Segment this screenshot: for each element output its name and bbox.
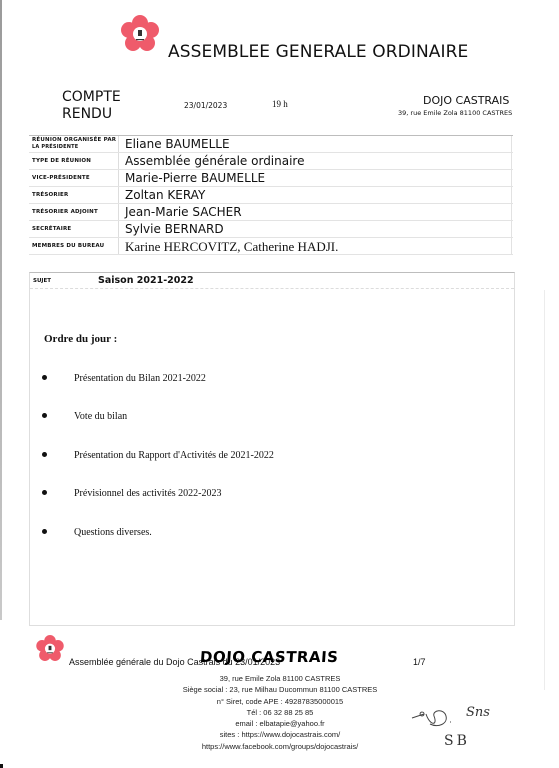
agenda-item: Vote du bilan (42, 411, 127, 422)
info-label: Trésorier (29, 187, 119, 204)
info-row: Trésorier Zoltan KERAY (29, 187, 513, 204)
footer-line: https://www.facebook.com/groups/dojocast… (160, 741, 400, 752)
signature-initials: SB (444, 733, 470, 749)
cherry-blossom-logo-icon (36, 635, 64, 661)
info-row: Type de réunion Assemblée générale ordin… (29, 153, 513, 170)
footer-line: sites : https://www.dojocastrais.com/ (160, 729, 400, 740)
club-stamp: DOJO CASTRAIS (199, 648, 339, 666)
info-label: Secrétaire (29, 221, 119, 238)
agenda-item: Présentation du Rapport d'Activités de 2… (42, 450, 274, 461)
info-row: Secrétaire Sylvie BERNARD (29, 221, 513, 238)
scan-mark (0, 764, 3, 768)
footer-line: n° Siret, code APE : 49287835000015 (160, 696, 400, 707)
signature-scribble-icon (410, 700, 470, 736)
info-value: Karine HERCOVITZ, Catherine HADJI. (119, 238, 512, 255)
info-label: Trésorier Adjoint (29, 204, 119, 221)
subject-row: Sujet Saison 2021-2022 (30, 273, 514, 289)
page-number: 1/7 (413, 657, 426, 667)
info-value: Eliane BAUMELLE (119, 136, 512, 153)
scan-edge (544, 290, 545, 690)
info-label: Type de réunion (29, 153, 119, 170)
info-label: Vice-Présidente (29, 170, 119, 187)
bullet-icon (42, 413, 47, 418)
report-label: COMPTE RENDU (62, 89, 121, 123)
info-label: Membres du bureau (29, 238, 119, 255)
organization-name: DOJO CASTRAIS (423, 94, 509, 107)
document-title: ASSEMBLEE GENERALE ORDINAIRE (168, 42, 468, 62)
meeting-time: 19 h (272, 99, 288, 109)
agenda-item: Prévisionnel des activités 2022-2023 (42, 488, 221, 499)
info-value: Zoltan KERAY (119, 187, 512, 204)
info-row: Vice-Présidente Marie-Pierre BAUMELLE (29, 170, 513, 187)
info-row: Membres du bureau Karine HERCOVITZ, Cath… (29, 238, 513, 255)
info-row: Réunion organisée parLa Présidente Elian… (29, 136, 513, 153)
bullet-icon (42, 490, 47, 495)
footer-line: Siège social : 23, rue Milhau Ducommun 8… (160, 684, 400, 695)
meeting-date: 23/01/2023 (184, 101, 227, 110)
signature-text: Sns (466, 705, 490, 720)
subject-value: Saison 2021-2022 (98, 275, 194, 286)
footer-line: 39, rue Emile Zola 81100 CASTRES (160, 673, 400, 684)
subject-label: Sujet (33, 278, 51, 284)
agenda-item: Présentation du Bilan 2021-2022 (42, 373, 206, 384)
bullet-icon (42, 452, 47, 457)
agenda-item: Questions diverses. (42, 527, 152, 538)
subject-section: Sujet Saison 2021-2022 (29, 272, 515, 626)
footer-line: Tél : 06 32 88 25 85 (160, 707, 400, 718)
footer-contact: 39, rue Emile Zola 81100 CASTRES Siège s… (160, 673, 400, 752)
info-value: Assemblée générale ordinaire (119, 153, 512, 170)
meeting-info-table: Réunion organisée parLa Présidente Elian… (29, 135, 513, 255)
info-label: Réunion organisée parLa Présidente (29, 136, 119, 153)
bullet-icon (42, 375, 47, 380)
info-value: Marie-Pierre BAUMELLE (119, 170, 512, 187)
footer-line: email : elbatapie@yahoo.fr (160, 718, 400, 729)
organization-address: 39, rue Emile Zola 81100 CASTRES (398, 109, 512, 117)
bullet-icon (42, 529, 47, 534)
agenda-title: Ordre du jour : (44, 333, 117, 345)
cherry-blossom-logo-icon (121, 15, 159, 51)
scan-edge (0, 0, 2, 620)
info-value: Sylvie BERNARD (119, 221, 512, 238)
info-value: Jean-Marie SACHER (119, 204, 512, 221)
info-row: Trésorier Adjoint Jean-Marie SACHER (29, 204, 513, 221)
